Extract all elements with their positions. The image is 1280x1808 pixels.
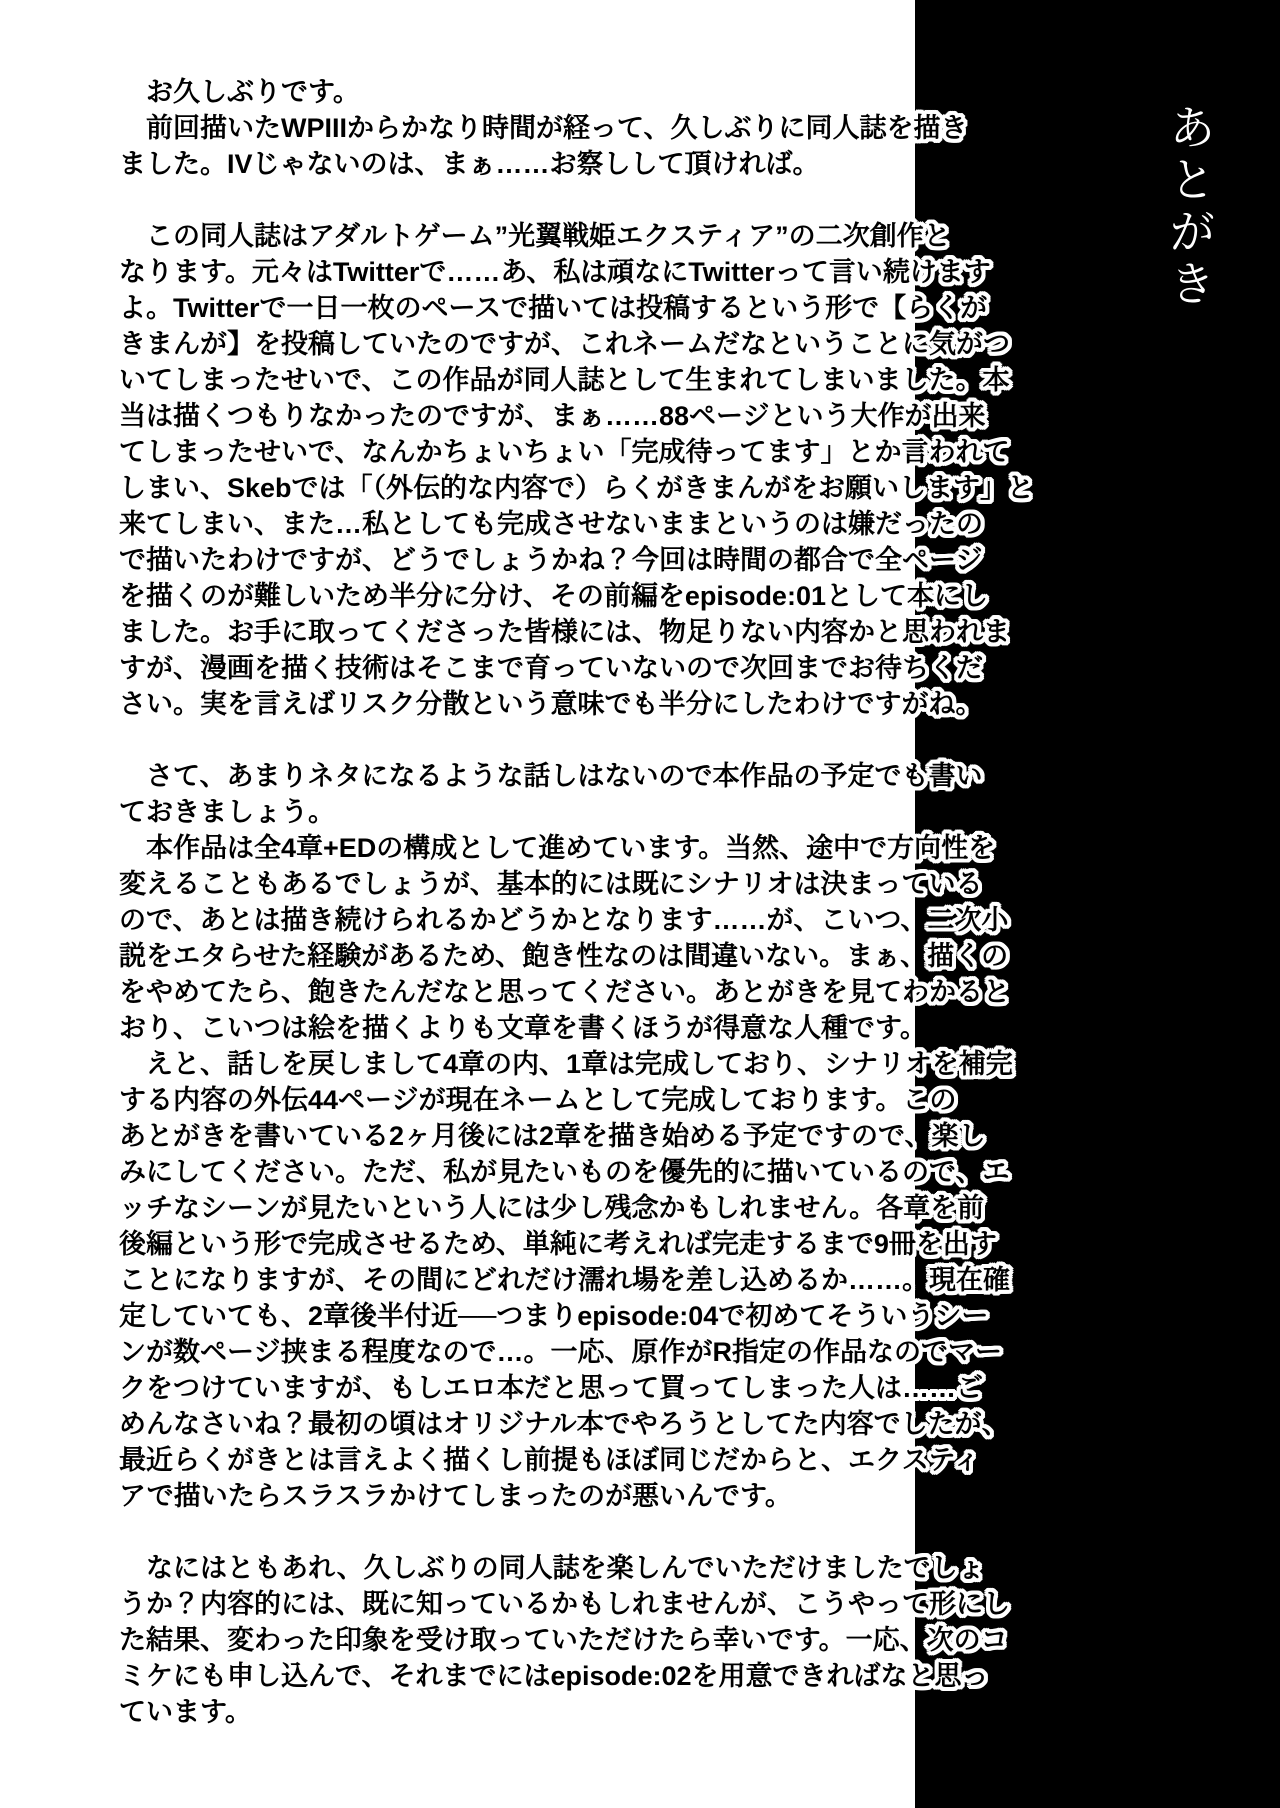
afterword-vertical-title: あとがき xyxy=(1165,103,1212,311)
afterword-line: うか？内容的には、既に知っているかもしれませんが、こうやって形にし xyxy=(119,1586,1119,1622)
afterword-line: ッチなシーンが見たいという人には少し残念かもしれません。各章を前 xyxy=(119,1190,1119,1226)
afterword-line: 後編という形で完成させるため、単純に考えれば完走するまで9冊を出す xyxy=(119,1226,1119,1262)
afterword-line xyxy=(119,182,1119,218)
afterword-line: 前回描いたWPIIIからかなり時間が経って、久しぶりに同人誌を描き xyxy=(119,110,1119,146)
afterword-line: をやめてたら、飽きたんだなと思ってください。あとがきを見てわかると xyxy=(119,974,1119,1010)
afterword-line: 本作品は全4章+EDの構成として進めています。当然、途中で方向性を xyxy=(119,830,1119,866)
afterword-line: クをつけていますが、もしエロ本だと思って買ってしまった人は……ご xyxy=(119,1370,1119,1406)
afterword-line: ことになりますが、その間にどれだけ濡れ場を差し込めるか……。現在確 xyxy=(119,1262,1119,1298)
afterword-line: ミケにも申し込んで、それまでにはepisode:02を用意できればなと思っ xyxy=(119,1658,1119,1694)
afterword-line: ておきましょう。 xyxy=(119,794,1119,830)
afterword-line: 説をエタらせた経験があるため、飽き性なのは間違いない。まぁ、描くの xyxy=(119,938,1119,974)
afterword-line: で描いたわけですが、どうでしょうかね？今回は時間の都合で全ページ xyxy=(119,542,1119,578)
afterword-line: 来てしまい、また…私としても完成させないままというのは嫌だったの xyxy=(119,506,1119,542)
afterword-line: しまい、Skebでは「（外伝的な内容で）らくがきまんがをお願いします」と xyxy=(119,470,1119,506)
afterword-line: えと、話しを戻しまして4章の内、1章は完成しており、シナリオを補完 xyxy=(119,1046,1119,1082)
afterword-line: みにしてください。ただ、私が見たいものを優先的に描いているので、エ xyxy=(119,1154,1119,1190)
afterword-line xyxy=(119,1514,1119,1550)
afterword-line: すが、漫画を描く技術はそこまで育っていないので次回までお待ちくだ xyxy=(119,650,1119,686)
afterword-line: 変えることもあるでしょうが、基本的には既にシナリオは決まっている xyxy=(119,866,1119,902)
afterword-line: アで描いたらスラスラかけてしまったのが悪いんです。 xyxy=(119,1478,1119,1514)
afterword-line: ンが数ページ挟まる程度なので…。一応、原作がR指定の作品なのでマー xyxy=(119,1334,1119,1370)
afterword-line: ています。 xyxy=(119,1694,1119,1730)
afterword-line: ました。IVじゃないのは、まぁ……お察しして頂ければ。 xyxy=(119,146,1119,182)
afterword-line: いてしまったせいで、この作品が同人誌として生まれてしまいました。本 xyxy=(119,362,1119,398)
afterword-line: 最近らくがきとは言えよく描くし前提もほぼ同じだからと、エクスティ xyxy=(119,1442,1119,1478)
afterword-line: た結果、変わった印象を受け取っていただけたら幸いです。一応、次のコ xyxy=(119,1622,1119,1658)
afterword-page: あとがき お久しぶりです。 前回描いたWPIIIからかなり時間が経って、久しぶり… xyxy=(0,0,1280,1808)
afterword-line: さい。実を言えばリスク分散という意味でも半分にしたわけですがね。 xyxy=(119,686,1119,722)
afterword-line: なにはともあれ、久しぶりの同人誌を楽しんでいただけましたでしょ xyxy=(119,1550,1119,1586)
afterword-line: めんなさいね？最初の頃はオリジナル本でやろうとしてた内容でしたが、 xyxy=(119,1406,1119,1442)
afterword-line: ました。お手に取ってくださった皆様には、物足りない内容かと思われま xyxy=(119,614,1119,650)
afterword-line: てしまったせいで、なんかちょいちょい「完成待ってます」とか言われて xyxy=(119,434,1119,470)
afterword-line: 当は描くつもりなかったのですが、まぁ……88ページという大作が出来 xyxy=(119,398,1119,434)
afterword-line: ので、あとは描き続けられるかどうかとなります……が、こいつ、二次小 xyxy=(119,902,1119,938)
afterword-line: おり、こいつは絵を描くよりも文章を書くほうが得意な人種です。 xyxy=(119,1010,1119,1046)
afterword-line: さて、あまりネタになるような話しはないので本作品の予定でも書い xyxy=(119,758,1119,794)
afterword-line: を描くのが難しいため半分に分け、その前編をepisode:01として本にし xyxy=(119,578,1119,614)
afterword-line: なります。元々はTwitterで……あ、私は頑なにTwitterって言い続けます xyxy=(119,254,1119,290)
afterword-line: あとがきを書いている2ヶ月後には2章を描き始める予定ですので、楽し xyxy=(119,1118,1119,1154)
afterword-line: 定していても、2章後半付近──つまりepisode:04で初めてそういうシー xyxy=(119,1298,1119,1334)
afterword-text-block: お久しぶりです。 前回描いたWPIIIからかなり時間が経って、久しぶりに同人誌を… xyxy=(119,74,1119,1730)
afterword-line: この同人誌はアダルトゲーム”光翼戦姫エクスティア”の二次創作と xyxy=(119,218,1119,254)
afterword-line: きまんが】を投稿していたのですが、これネームだなということに気がつ xyxy=(119,326,1119,362)
afterword-line: お久しぶりです。 xyxy=(119,74,1119,110)
afterword-line: よ。Twitterで一日一枚のペースで描いては投稿するという形で【らくが xyxy=(119,290,1119,326)
afterword-line xyxy=(119,722,1119,758)
afterword-line: する内容の外伝44ページが現在ネームとして完成しております。この xyxy=(119,1082,1119,1118)
